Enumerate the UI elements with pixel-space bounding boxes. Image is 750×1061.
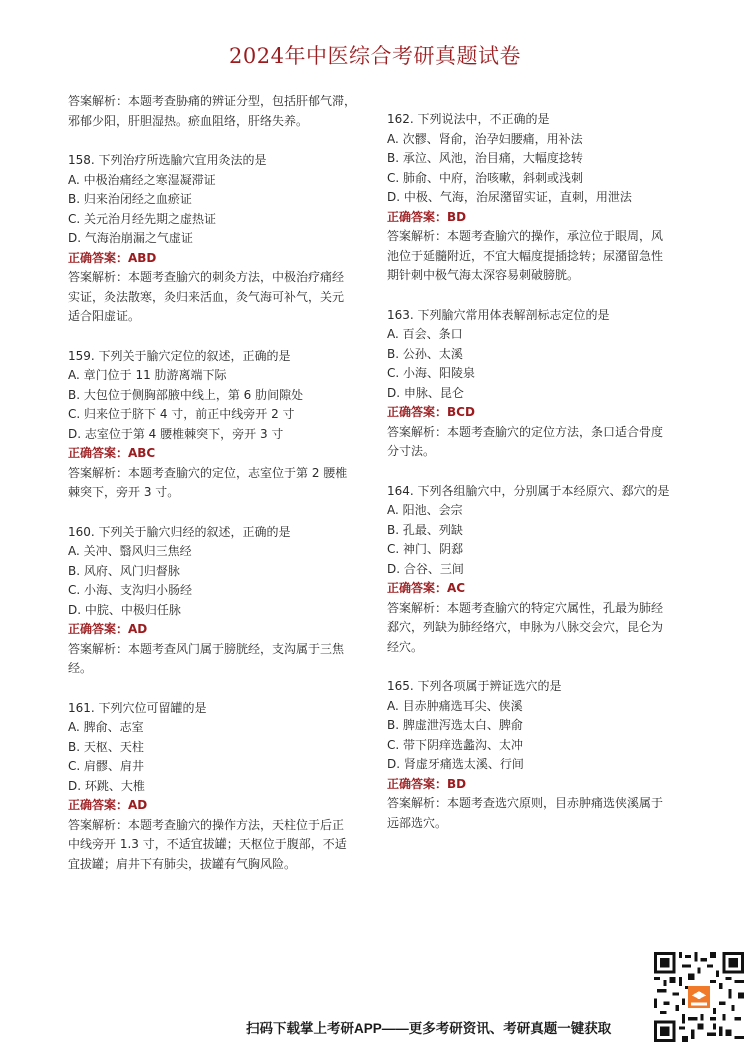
option-a: A. 脾俞、志室 [68,718,368,738]
correct-answer: 正确答案：BCD [387,403,687,423]
explanation-line: 答案解析：本题考查腧穴的操作方法，天柱位于后正 [68,816,368,836]
explanation-line: 答案解析：本题考查腧穴的刺灸方法，中极治疗痛经 [68,268,368,288]
option-b: B. 公孙、太溪 [387,345,687,365]
question-158: 158. 下列治疗所选腧穴宜用灸法的是 A. 中极治痛经之寒湿凝滞证 B. 归来… [68,151,368,327]
question-161: 161. 下列穴位可留罐的是 A. 脾俞、志室 B. 天枢、天柱 C. 肩髎、肩… [68,699,368,875]
option-a: A. 章门位于 11 肋游离端下际 [68,366,368,386]
option-a: A. 百会、条口 [387,325,687,345]
intro-explanation: 答案解析：本题考查胁痛的辨证分型，包括肝郁气滞， 邪郁少阳，肝胆湿热。瘀血阻络，… [68,92,368,131]
question-stem: 161. 下列穴位可留罐的是 [68,699,368,719]
option-a: A. 阳池、会宗 [387,501,687,521]
option-c: C. 肺俞、中府，治咳嗽，斜刺或浅刺 [387,169,687,189]
explanation-line: 期针刺中极气海太深容易刺破膀胱。 [387,266,687,286]
option-d: D. 环跳、大椎 [68,777,368,797]
correct-answer: 正确答案：BD [387,208,687,228]
question-164: 164. 下列各组腧穴中，分别属于本经原穴、郄穴的是 A. 阳池、会宗 B. 孔… [387,482,687,658]
question-165: 165. 下列各项属于辨证选穴的是 A. 目赤肿痛选耳尖、侠溪 B. 脾虚泄泻选… [387,677,687,833]
option-c: C. 小海、阳陵泉 [387,364,687,384]
question-159: 159. 下列关于腧穴定位的叙述，正确的是 A. 章门位于 11 肋游离端下际 … [68,347,368,503]
explanation-line: 邪郁少阳，肝胆湿热。瘀血阻络，肝络失养。 [68,112,368,132]
question-stem: 164. 下列各组腧穴中，分别属于本经原穴、郄穴的是 [387,482,687,502]
explanation-line: 经。 [68,659,368,679]
explanation-line: 答案解析：本题考查胁痛的辨证分型，包括肝郁气滞， [68,92,368,112]
question-160: 160. 下列关于腧穴归经的叙述，正确的是 A. 关冲、翳风归三焦经 B. 风府… [68,523,368,679]
question-stem: 158. 下列治疗所选腧穴宜用灸法的是 [68,151,368,171]
explanation-line: 答案解析：本题考查选穴原则，目赤肿痛选侠溪属于 [387,794,687,814]
option-c: C. 带下阴痒选蠡沟、太冲 [387,736,687,756]
question-162: 162. 下列说法中，不正确的是 A. 次髎、肾俞，治孕妇腰痛，用补法 B. 承… [387,110,687,286]
qr-code-icon[interactable] [654,952,744,1042]
option-b: B. 脾虚泄泻选太白、脾俞 [387,716,687,736]
explanation-line: 答案解析：本题考查腧穴的定位，志室位于第 2 腰椎 [68,464,368,484]
explanation-line: 适合阳虚证。 [68,307,368,327]
explanation-line: 答案解析：本题考查腧穴的操作，承泣位于眼周，风 [387,227,687,247]
left-column: 答案解析：本题考查胁痛的辨证分型，包括肝郁气滞， 邪郁少阳，肝胆湿热。瘀血阻络，… [68,92,368,894]
explanation-line: 答案解析：本题考查风门属于膀胱经，支沟属于三焦 [68,640,368,660]
option-c: C. 小海、支沟归小肠经 [68,581,368,601]
correct-answer: 正确答案：AD [68,620,368,640]
option-a: A. 关冲、翳风归三焦经 [68,542,368,562]
option-c: C. 关元治月经先期之虚热证 [68,210,368,230]
explanation-line: 答案解析：本题考查腧穴的特定穴属性，孔最为肺经 [387,599,687,619]
question-stem: 160. 下列关于腧穴归经的叙述，正确的是 [68,523,368,543]
correct-answer: 正确答案：AC [387,579,687,599]
option-b: B. 归来治闭经之血瘀证 [68,190,368,210]
question-stem: 165. 下列各项属于辨证选穴的是 [387,677,687,697]
right-column: 162. 下列说法中，不正确的是 A. 次髎、肾俞，治孕妇腰痛，用补法 B. 承… [387,110,687,853]
correct-answer: 正确答案：BD [387,775,687,795]
page-title: 2024年中医综合考研真题试卷 [0,40,750,70]
option-a: A. 目赤肿痛选耳尖、侠溪 [387,697,687,717]
option-c: C. 神门、阴郄 [387,540,687,560]
explanation-line: 分寸法。 [387,442,687,462]
correct-answer: 正确答案：AD [68,796,368,816]
option-b: B. 孔最、列缺 [387,521,687,541]
option-d: D. 气海治崩漏之气虚证 [68,229,368,249]
explanation-line: 棘突下，旁开 3 寸。 [68,483,368,503]
option-d: D. 中脘、中极归任脉 [68,601,368,621]
correct-answer: 正确答案：ABD [68,249,368,269]
option-c: C. 归来位于脐下 4 寸，前正中线旁开 2 寸 [68,405,368,425]
option-b: B. 大包位于侧胸部腋中线上，第 6 肋间隙处 [68,386,368,406]
option-d: D. 肾虚牙痛选太溪、行间 [387,755,687,775]
explanation-line: 实证，灸法散寒，灸归来活血，灸气海可补气，关元 [68,288,368,308]
footer-promo-text: 扫码下载掌上考研APP——更多考研资讯、考研真题一键获取 [246,1017,611,1037]
option-b: B. 天枢、天柱 [68,738,368,758]
explanation-line: 宜拔罐；肩井下有肺尖，拔罐有气胸风险。 [68,855,368,875]
explanation-line: 经穴。 [387,638,687,658]
explanation-line: 中线旁开 1.3 寸，不适宜拔罐；天枢位于腹部，不适 [68,835,368,855]
option-d: D. 申脉、昆仑 [387,384,687,404]
question-stem: 163. 下列腧穴常用体表解剖标志定位的是 [387,306,687,326]
explanation-line: 答案解析：本题考查腧穴的定位方法，条口适合骨度 [387,423,687,443]
explanation-line: 池位于延髓附近，不宜大幅度提插捻转；尿潴留急性 [387,247,687,267]
correct-answer: 正确答案：ABC [68,444,368,464]
question-stem: 159. 下列关于腧穴定位的叙述，正确的是 [68,347,368,367]
question-163: 163. 下列腧穴常用体表解剖标志定位的是 A. 百会、条口 B. 公孙、太溪 … [387,306,687,462]
explanation-line: 远部选穴。 [387,814,687,834]
option-d: D. 合谷、三间 [387,560,687,580]
option-d: D. 中极、气海，治尿潴留实证，直刺，用泄法 [387,188,687,208]
option-b: B. 风府、风门归督脉 [68,562,368,582]
option-b: B. 承泣、风池，治目痛，大幅度捻转 [387,149,687,169]
option-c: C. 肩髎、肩井 [68,757,368,777]
explanation-line: 郄穴，列缺为肺经络穴，申脉为八脉交会穴，昆仑为 [387,618,687,638]
option-a: A. 次髎、肾俞，治孕妇腰痛，用补法 [387,130,687,150]
option-a: A. 中极治痛经之寒湿凝滞证 [68,171,368,191]
option-d: D. 志室位于第 4 腰椎棘突下，旁开 3 寸 [68,425,368,445]
question-stem: 162. 下列说法中，不正确的是 [387,110,687,130]
